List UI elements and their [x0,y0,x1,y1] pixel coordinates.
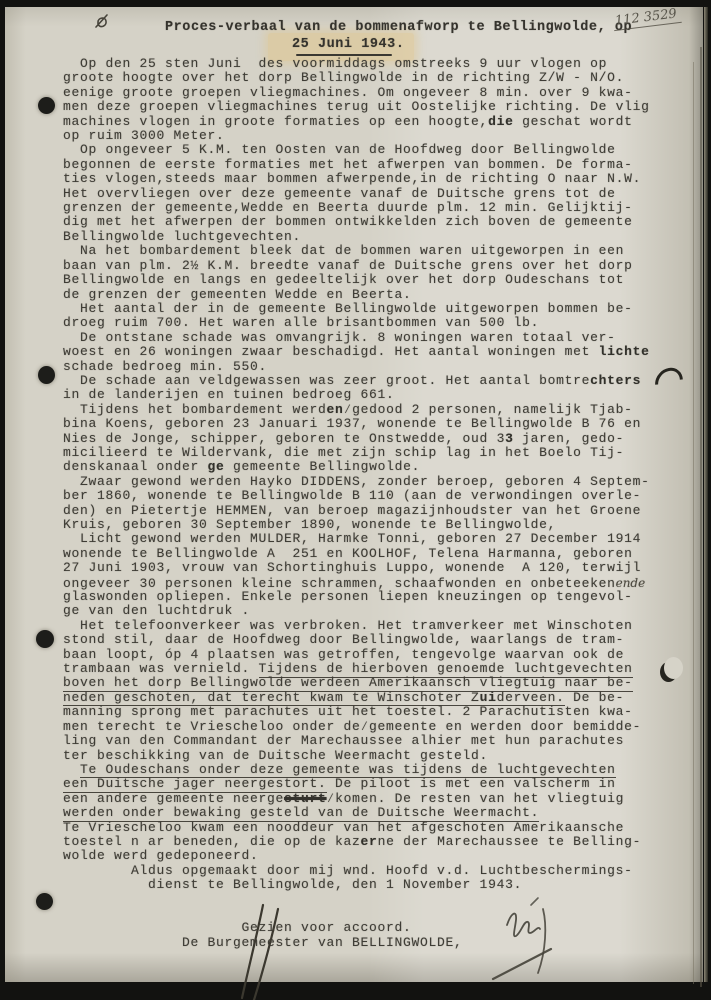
punch-hole-icon [36,893,53,910]
text-line: Gezien voor accoord. [63,921,700,935]
text-line: een Duitsche jager neergestort. De piloo… [63,777,700,791]
text-line: Aldus opgemaakt door mij wnd. Hoofd v.d.… [63,864,700,878]
text-line: De schade aan veldgewassen was zeer groo… [63,374,700,388]
text-line: Licht gewond werden MULDER, Harmke Tonni… [63,532,700,546]
pen-scribble-icon [93,13,111,31]
text-line: de grenzen der gemeenten Wedde en Beerta… [63,288,700,302]
text-line: den) en Pietertje HEMMEN, van beroep mag… [63,504,700,518]
text-line: trambaan was vernield. Tijdens de hierbo… [63,662,700,676]
punch-hole-icon [38,97,55,114]
text-line: in de landerijen en tuinen bedroeg 661. [63,388,700,402]
text-line: ties vlogen,steeds maar bommen afwerpend… [63,172,700,186]
signature [475,895,590,995]
document-title: Proces-verbaal van de bommenafworp te Be… [165,20,632,35]
text-line: grenzen der gemeente,Wedde en Beerta duu… [63,201,700,215]
text-line: wonende te Bellingwolde A 251 en KOOLHOF… [63,547,700,561]
text-line: denskanaal onder ge gemeente Bellingwold… [63,460,700,474]
text-line: Te Vriescheloo kwam een nooddeur van het… [63,821,700,835]
text-line: Op den 25 sten Juni des voormiddags omst… [63,57,700,71]
text-line: begonnen de eerste formaties met het afw… [63,158,700,172]
text-line: Na het bombardement bleek dat de bommen … [63,244,700,258]
text-line: dig met het afwerpen der bommen ontwikke… [63,215,700,229]
text-line: neden geschoten, dat terecht kwam te Win… [63,691,700,705]
text-line [63,907,700,921]
text-line: machines vlogen in groote formaties op e… [63,115,700,129]
punch-hole-icon [36,630,54,648]
text-line: Kruis, geboren 30 September 1890, wonend… [63,518,700,532]
text-line: Bellingwolde luchtgevechten. [63,230,700,244]
text-line: ber 1860, wonende te Bellingwolde B 110 … [63,489,700,503]
paper-fold-line [700,47,702,987]
text-line: werden onder bewaking gesteld van de Dui… [63,806,700,820]
punch-hole-icon [38,366,55,384]
partial-punch-hole-icon [664,657,683,679]
text-line: Bellingwolde en langs en gedeeltelijk ov… [63,273,700,287]
text-line: men deze groepen vliegmachines terug uit… [63,100,700,114]
text-line: manning sprong met parachutes uit het to… [63,705,700,719]
text-line: micilieerd te Wildervank, die met zijn s… [63,446,700,460]
paper-edge-shadow [704,7,708,982]
text-line: stond stil, daar de Hoofdweg door Bellin… [63,633,700,647]
handwritten-reference-number: 112 3529 [612,6,682,31]
text-line: De Burgemeester van BELLINGWOLDE, [63,936,700,950]
text-line: toestel n ar beneden, die op de kazerne … [63,835,700,849]
pen-strokes [233,900,293,1000]
text-line: Tijdens het bombardement werden⁄gedood 2… [63,403,700,417]
text-line: een andere gemeente neergesturt⁄komen. D… [63,792,700,806]
text-line: groote hoogte over het dorp Bellingwolde… [63,71,700,85]
text-line: op ruim 3000 Meter. [63,129,700,143]
paper-fold-line [693,62,694,984]
paper-page: Proces-verbaal van de bommenafworp te Be… [5,7,703,982]
text-line: Te Oudeschans onder deze gemeente was ti… [63,763,700,777]
text-line: baan loopt, óp 4 plaatsen was getroffen,… [63,648,700,662]
text-line: dienst te Bellingwolde, den 1 November 1… [63,878,700,892]
text-line: ge van den luchtdruk . [63,604,700,618]
text-line: bina Koens, geboren 23 Januari 1937, won… [63,417,700,431]
text-line: Zwaar gewond werden Hayko DIDDENS, zonde… [63,475,700,489]
text-line: baan van plm. 2½ K.M. breedte vanaf de D… [63,259,700,273]
text-line: De ontstane schade was omvangrijk. 8 won… [63,331,700,345]
document-title-date: 25 Juni 1943. [292,37,404,52]
text-line: men terecht te Vriescheloo onder de⁄geme… [63,720,700,734]
scanned-document: Proces-verbaal van de bommenafworp te Be… [0,0,711,1000]
text-line: eenige groote groepen vliegmachines. Om … [63,86,700,100]
text-line: 27 Juni 1903, vrouw van Schortinghuis Lu… [63,561,700,575]
text-line: glaswonden opliepen. Enkele personen lie… [63,590,700,604]
text-line: Op ongeveer 5 K.M. ten Oosten van de Hoo… [63,143,700,157]
text-line: ling van den Commandant der Marechaussee… [63,734,700,748]
text-line [63,893,700,907]
text-line: droeg ruim 700. Het waren alle brisantbo… [63,316,700,330]
text-line: boven het dorp Bellingwolde werdeen Amer… [63,676,700,690]
text-line: Het telefoonverkeer was verbroken. Het t… [63,619,700,633]
text-line: wolde werd gedeponeerd. [63,849,700,863]
text-line: ongeveer 30 personen kleine schrammen, s… [63,576,700,590]
text-line: ter beschikking van de Duitsche Weermach… [63,749,700,763]
text-line: Nies de Jonge, schipper, geboren te Onst… [63,432,700,446]
text-line: schade bedroeg min. 550. [63,360,700,374]
text-line: Het aantal der in de gemeente Bellingwol… [63,302,700,316]
document-body: Op den 25 sten Juni des voormiddags omst… [63,57,700,950]
text-line: Het overvliegen over deze gemeente vanaf… [63,187,700,201]
text-line: woest en 26 woningen zwaar beschadigd. H… [63,345,700,359]
